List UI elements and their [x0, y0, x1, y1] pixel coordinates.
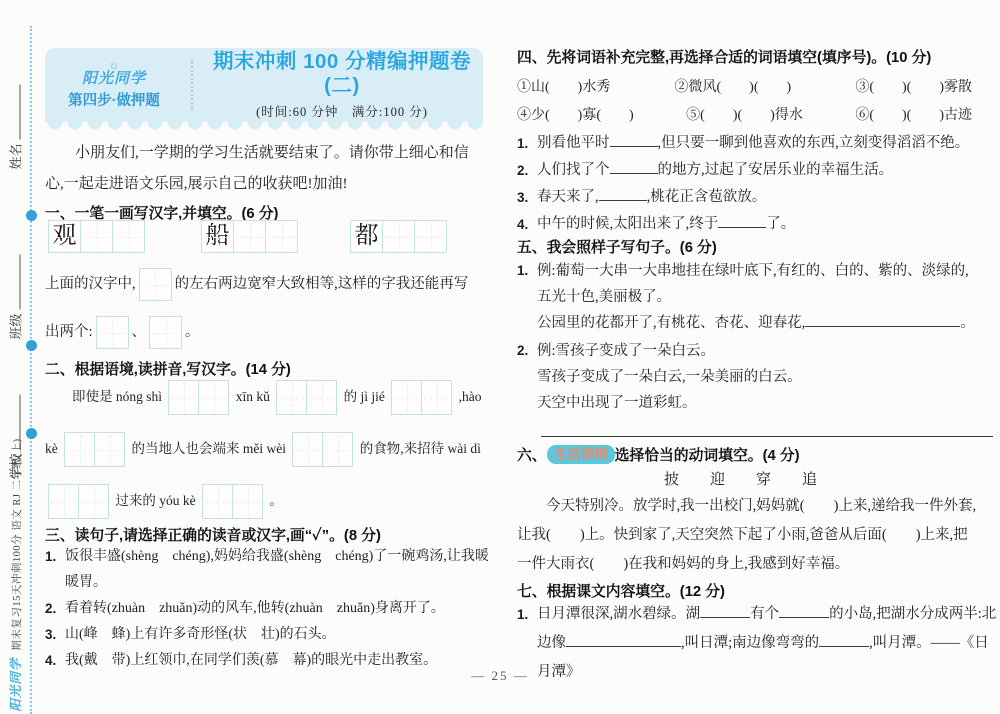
brand-logo: 阳光同学 — [82, 71, 146, 87]
item-text: 我(戴 带)上红领巾,在同学们羡(慕 幕)的眼光中走出教室。 — [65, 653, 437, 668]
example-sentence: 例:雪孩子变成了一朵白云。 — [537, 338, 975, 364]
section-3-heading: 三、读句子,请选择正确的读音或汉字,画“✓”。(8 分) — [45, 524, 381, 545]
item-number: 2. — [517, 157, 528, 184]
header-divider — [191, 59, 193, 111]
writing-grid — [168, 380, 229, 415]
grid-cell — [306, 380, 337, 415]
item-number: 1. — [517, 258, 528, 284]
pinyin-line-2: kè 的当地人也会端来 měi wèi 的食物,来招待 wài dì — [45, 428, 505, 470]
question-item: 1. 例:葡萄一大串一大串地挂在绿叶底下,有红的、白的、紫的、淡绿的,五光十色,… — [517, 258, 975, 336]
idiom-row-2: ④少( )寡( ) ⑤( )( )得水 ⑥( )( )古迹 — [517, 104, 972, 124]
section-5-heading: 五、我会照样子写句子。(6 分) — [517, 236, 717, 257]
fill-blank — [819, 633, 869, 647]
section-6-heading: 六、生活情境选择恰当的动词填空。(4 分) — [517, 444, 800, 465]
grid-cell — [112, 220, 145, 253]
intro-paragraph: 小朋友们,一学期的学习生活就要结束了。请你带上细心和信心,一起走进语文乐园,展示… — [45, 138, 487, 200]
item-text: 别看他平时,但只要一聊到他喜欢的东西,立刻变得滔滔不绝。 — [537, 135, 969, 151]
section-6-paragraph: 今天特别冷。放学时,我一出校门,妈妈就( )上来,递给我一件外套,让我( )上。… — [517, 492, 977, 579]
grid-cell — [414, 220, 447, 253]
answer-line — [541, 436, 993, 437]
fill-blank — [700, 604, 750, 618]
item-text: 饭很丰盛(shèng chéng),妈妈给我盛(shèng chéng)了一碗鸡… — [65, 549, 489, 590]
question-item: 3. 山(峰 蜂)上有许多奇形怪(状 壮)的石头。 — [45, 622, 489, 648]
writing-grid — [292, 432, 353, 467]
brand-logo: 阳光同学 — [9, 658, 23, 712]
name-blank-line — [9, 84, 21, 139]
spacer — [148, 239, 198, 240]
idiom-item: ④少( )寡( ) — [517, 104, 634, 124]
grid-cell: 船 — [201, 220, 234, 253]
idiom-row-1: ①山( )水秀 ②微风( )( ) ③( )( )雾散 — [517, 76, 972, 96]
item-text: 看着转(zhuàn zhuǎn)动的风车,他转(zhuàn zhuǎn)身离开了… — [65, 601, 445, 616]
section-1-fill-line-2: 出两个:、。 — [45, 312, 487, 352]
grid-cell — [322, 432, 353, 467]
item-text: 山(峰 蜂)上有许多奇形怪(状 壮)的石头。 — [65, 627, 336, 642]
grid-cell — [265, 220, 298, 253]
grid-cell — [78, 484, 109, 519]
section-4-heading: 四、先将词语补充完整,再选择合适的词语填空(填序号)。(10 分) — [517, 46, 931, 67]
fill-blank — [599, 187, 647, 201]
idiom-item: ①山( )水秀 — [517, 76, 610, 96]
writing-grid — [48, 484, 109, 519]
grid-cell — [94, 432, 125, 467]
item-text: 中午的时候,太阳出来了,终于了。 — [537, 216, 795, 232]
binding-dot-icon — [26, 340, 37, 351]
question-item: 4. 中午的时候,太阳出来了,终于了。 — [517, 211, 975, 238]
fill-blank — [566, 633, 681, 647]
grid-cell — [64, 432, 95, 467]
question-item: 3. 春天来了,,桃花正含苞欲放。 — [517, 184, 975, 211]
question-item: 2. 看着转(zhuàn zhuǎn)动的风车,他转(zhuàn zhuǎn)身… — [45, 596, 489, 622]
example-expansion: 雪孩子变成了一朵白云,一朵美丽的白云。 — [537, 364, 975, 390]
binding-edge-dashed-line — [30, 26, 32, 714]
binding-dot-icon — [26, 210, 37, 221]
example-sentence: 例:葡萄一大串一大串地挂在绿叶底下,有红的、白的、紫的、淡绿的,五光十色,美丽极… — [537, 258, 975, 310]
writing-grid: 都 — [350, 220, 447, 253]
fill-blank — [779, 604, 829, 618]
source-sentence: 天空中出现了一道彩虹。 — [537, 390, 975, 416]
writing-grid: 观 — [48, 220, 145, 253]
question-item: 1. 别看他平时,但只要一聊到他喜欢的东西,立刻变得滔滔不绝。 — [517, 130, 975, 157]
item-number: 1. — [517, 600, 528, 629]
name-label: 姓名 — [9, 143, 24, 169]
idiom-item: ②微风( )( ) — [675, 76, 792, 96]
idiom-item: ⑥( )( )古迹 — [855, 104, 972, 124]
word-bank: 披 迎 穿 追 — [517, 468, 972, 489]
grid-cell — [276, 380, 307, 415]
grid-cell — [233, 220, 266, 253]
section-number: 六、 — [517, 448, 547, 464]
grid-cell — [139, 268, 172, 301]
grid-cell — [202, 484, 233, 519]
item-number: 3. — [517, 184, 528, 211]
class-blank-line — [9, 254, 21, 309]
context-tag: 生活情境 — [547, 445, 615, 464]
exam-time-score: (时间:60 分钟 满分:100 分) — [201, 102, 483, 120]
grid-cell — [149, 316, 182, 349]
grid-cell — [382, 220, 415, 253]
fill-sentence: 公园里的花都开了,有桃花、杏花、迎春花,。 — [537, 310, 975, 336]
idiom-item: ③( )( )雾散 — [855, 76, 972, 96]
item-number: 4. — [517, 211, 528, 238]
page-number: — 25 — — [0, 668, 1000, 684]
idiom-item: ⑤( )( )得水 — [686, 104, 803, 124]
section-1-fill-line-1: 上面的汉字中,的左右两边宽窄大致相等,这样的字我还能再写 — [45, 264, 487, 304]
grid-cell — [48, 484, 79, 519]
binding-dot-icon — [26, 428, 37, 439]
section-title-text: 选择恰当的动词填空。(4 分) — [615, 448, 800, 464]
student-name-field: 姓名 — [6, 84, 25, 169]
grid-cell — [232, 484, 263, 519]
section-5-block: 1. 例:葡萄一大串一大串地挂在绿叶底下,有红的、白的、紫的、淡绿的,五光十色,… — [517, 258, 975, 437]
page-title: 期末冲刺 100 分精编押题卷(二) — [201, 50, 483, 98]
item-text: 人们找了个的地方,过起了安居乐业的幸福生活。 — [537, 162, 893, 178]
spacer — [301, 239, 347, 240]
grid-cell — [292, 432, 323, 467]
grid-cell — [168, 380, 199, 415]
grid-cell: 都 — [350, 220, 383, 253]
writing-grid — [96, 316, 129, 349]
fill-blank — [718, 214, 766, 228]
header-scallop-edge — [45, 122, 483, 131]
sun-icon: ☼ — [45, 60, 183, 70]
writing-grid — [139, 268, 172, 301]
pinyin-line-1: 即使是 nóng shì xīn kǔ 的 jì jié ,hào — [45, 376, 505, 418]
item-number: 3. — [45, 622, 56, 648]
item-number: 1. — [45, 544, 56, 570]
grid-cell — [198, 380, 229, 415]
item-number: 2. — [517, 338, 528, 364]
question-item: 2. 人们找了个的地方,过起了安居乐业的幸福生活。 — [517, 157, 975, 184]
writing-grid: 船 — [201, 220, 298, 253]
writing-grid — [64, 432, 125, 467]
fill-blank — [610, 133, 658, 147]
header-title-block: 期末冲刺 100 分精编押题卷(二) (时间:60 分钟 满分:100 分) — [201, 50, 483, 120]
student-class-field: 班级 — [6, 254, 25, 339]
item-text: 春天来了,,桃花正含苞欲放。 — [537, 189, 766, 205]
grid-cell — [80, 220, 113, 253]
section-4-items: 1. 别看他平时,但只要一聊到他喜欢的东西,立刻变得滔滔不绝。 2. 人们找了个… — [517, 130, 975, 238]
writing-grid-row: 观船都 — [45, 220, 483, 253]
paper-header-card: ☼ 阳光同学 第四步·做押题 期末冲刺 100 分精编押题卷(二) (时间:60… — [45, 48, 483, 122]
class-label: 班级 — [9, 313, 24, 339]
question-item: 1. 饭很丰盛(shèng chéng),妈妈给我盛(shèng chéng)了… — [45, 544, 489, 596]
item-number: 1. — [517, 130, 528, 157]
section-3-items: 1. 饭很丰盛(shèng chéng),妈妈给我盛(shèng chéng)了… — [45, 544, 489, 674]
writing-grid — [202, 484, 263, 519]
writing-grid — [391, 380, 452, 415]
grid-cell — [391, 380, 422, 415]
fill-blank — [610, 160, 658, 174]
item-number: 2. — [45, 596, 56, 622]
fill-blank — [805, 313, 960, 327]
grid-cell: 观 — [48, 220, 81, 253]
question-item: 2. 例:雪孩子变成了一朵白云。 雪孩子变成了一朵白云,一朵美丽的白云。 天空中… — [517, 338, 975, 437]
step-label: 第四步·做押题 — [45, 92, 183, 110]
writing-grid — [276, 380, 337, 415]
writing-grid — [149, 316, 182, 349]
grid-cell — [421, 380, 452, 415]
book-edition-label: 期末复习15天冲刺100分 语文 RJ 二年级(上) — [12, 438, 23, 650]
section-7-heading: 七、根据课文内容填空。(12 分) — [517, 580, 725, 601]
header-brand-block: ☼ 阳光同学 第四步·做押题 — [45, 60, 183, 110]
pinyin-line-3: 过来的 yóu kè 。 — [45, 480, 505, 522]
grid-cell — [96, 316, 129, 349]
